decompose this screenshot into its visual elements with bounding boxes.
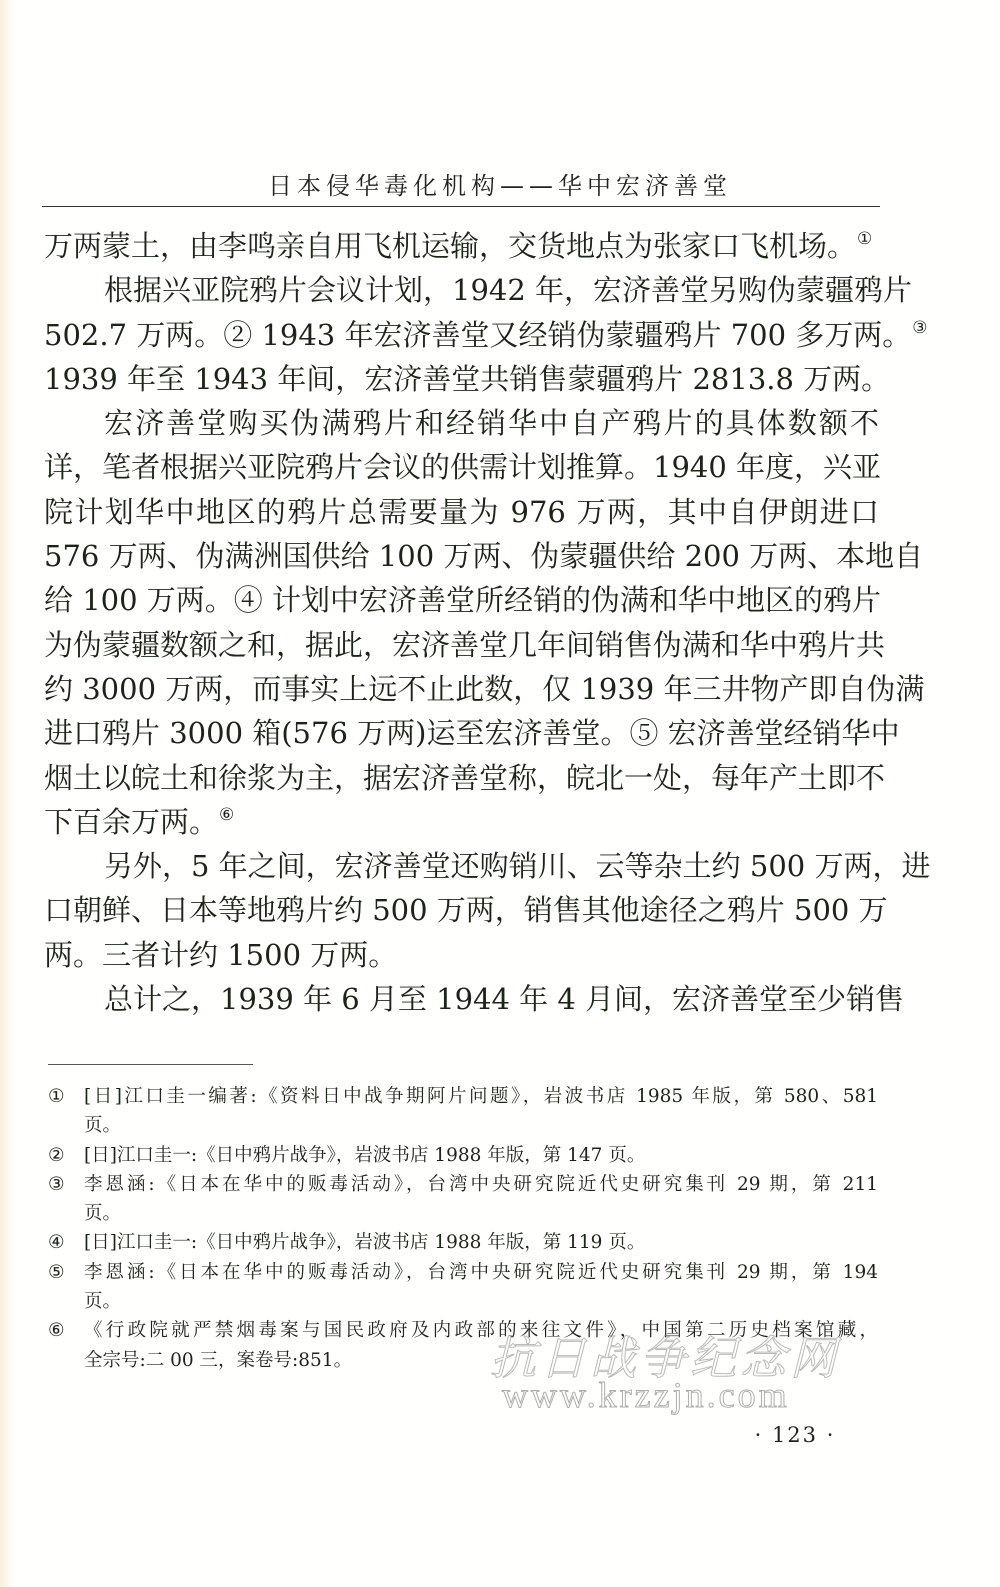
footnote-item: ⑤李恩涵:《日本在华中的贩毒活动》，台湾中央研究院近代史研究集刊 29 期，第 … (48, 1258, 878, 1317)
body-line-text: 根据兴亚院鸦片会议计划，1942 年，宏济善堂另购伪蒙疆鸦片 (104, 273, 912, 307)
body-line-text: 宏济善堂购买伪满鸦片和经销华中自产鸦片的具体数额不 (104, 406, 879, 440)
body-line: 宏济善堂购买伪满鸦片和经销华中自产鸦片的具体数额不 (44, 401, 879, 445)
footnote-mark: ③ (48, 1170, 84, 1229)
body-line: 进口鸦片 3000 箱(576 万两)运至宏济善堂。⑤ 宏济善堂经销华中 (44, 711, 879, 755)
footnote-mark: ⑤ (48, 1258, 84, 1317)
body-line: 根据兴亚院鸦片会议计划，1942 年，宏济善堂另购伪蒙疆鸦片 (44, 268, 879, 312)
footnote-item: ⑥《行政院就严禁烟毒案与国民政府及内政部的来往文件》，中国第二历史档案馆藏，全宗… (48, 1316, 878, 1375)
body-line-text: 502.7 万两。② 1943 年宏济善堂又经销伪蒙疆鸦片 700 多万两。 (44, 318, 911, 352)
footnotes: ①[日]江口圭一编著:《资料日中战争期阿片问题》，岩波书店 1985 年版，第 … (48, 1082, 878, 1375)
body-line: 万两蒙土，由李鸣亲自用飞机运输，交货地点为张家口飞机场。① (44, 224, 879, 268)
body-line-text: 另外，5 年之间，宏济善堂还购销川、云等杂土约 500 万两，进 (104, 849, 930, 883)
body-line: 下百余万两。⑥ (44, 800, 879, 844)
page-number: · 123 · (735, 1423, 855, 1447)
footnote-line: 页。 (84, 1111, 878, 1140)
body-line-text: 烟土以皖土和徐浆为主，据宏济善堂称，皖北一处，每年产土即不 (44, 761, 885, 795)
body-line: 502.7 万两。② 1943 年宏济善堂又经销伪蒙疆鸦片 700 多万两。③ (44, 313, 879, 357)
body-line: 详，笔者根据兴亚院鸦片会议的供需计划推算。1940 年度，兴亚 (44, 445, 879, 489)
footnote-line: [日]江口圭一:《日中鸦片战争》，岩波书店 1988 年版，第 119 页。 (84, 1228, 878, 1257)
body-text: 万两蒙土，由李鸣亲自用飞机运输，交货地点为张家口飞机场。①根据兴亚院鸦片会议计划… (44, 224, 879, 1021)
footnote-line: 李恩涵:《日本在华中的贩毒活动》，台湾中央研究院近代史研究集刊 29 期，第 2… (84, 1170, 878, 1199)
footnote-line: 全宗号:二 00 三，案卷号:851。 (84, 1346, 878, 1375)
watermark-url: www.krzzjn.com (502, 1374, 790, 1416)
body-line-text: 进口鸦片 3000 箱(576 万两)运至宏济善堂。⑤ 宏济善堂经销华中 (44, 716, 900, 750)
body-line: 烟土以皖土和徐浆为主，据宏济善堂称，皖北一处，每年产土即不 (44, 756, 879, 800)
footnote-item: ④[日]江口圭一:《日中鸦片战争》，岩波书店 1988 年版，第 119 页。 (48, 1228, 878, 1257)
body-line: 口朝鲜、日本等地鸦片约 500 万两，销售其他途径之鸦片 500 万 (44, 888, 879, 932)
footnote-mark: ④ (48, 1228, 84, 1257)
body-line-text: 万两蒙土，由李鸣亲自用飞机运输，交货地点为张家口飞机场。 (44, 229, 856, 263)
body-line-text: 两。三者计约 1500 万两。 (44, 938, 397, 972)
body-line: 1939 年至 1943 年间，宏济善堂共销售蒙疆鸦片 2813.8 万两。 (44, 357, 879, 401)
footnote-item: ②[日]江口圭一:《日中鸦片战争》，岩波书店 1988 年版，第 147 页。 (48, 1141, 878, 1170)
header-rule (42, 206, 880, 207)
body-line-text: 总计之，1939 年 6 月至 1944 年 4 月间，宏济善堂至少销售 (104, 982, 904, 1016)
body-line-text: 下百余万两。 (44, 805, 218, 839)
body-line-text: 约 3000 万两，而事实上远不止此数，仅 1939 年三井物产即自伪满 (44, 672, 924, 706)
footnote-line: 页。 (84, 1287, 878, 1316)
footnote-ref[interactable]: ⑥ (219, 805, 234, 825)
body-line: 总计之，1939 年 6 月至 1944 年 4 月间，宏济善堂至少销售 (44, 977, 879, 1021)
body-line-text: 1939 年至 1943 年间，宏济善堂共销售蒙疆鸦片 2813.8 万两。 (44, 362, 890, 396)
body-line: 为伪蒙疆数额之和，据此，宏济善堂几年间销售伪满和华中鸦片共 (44, 623, 879, 667)
body-line-text: 为伪蒙疆数额之和，据此，宏济善堂几年间销售伪满和华中鸦片共 (44, 628, 885, 662)
footnote-rule (48, 1064, 253, 1065)
body-line-text: 详，笔者根据兴亚院鸦片会议的供需计划推算。1940 年度，兴亚 (44, 450, 881, 484)
footnote-line: [日]江口圭一:《日中鸦片战争》，岩波书店 1988 年版，第 147 页。 (84, 1141, 878, 1170)
footnote-ref[interactable]: ① (857, 229, 872, 249)
footnote-item: ③李恩涵:《日本在华中的贩毒活动》，台湾中央研究院近代史研究集刊 29 期，第 … (48, 1170, 878, 1229)
body-line-text: 给 100 万两。④ 计划中宏济善堂所经销的伪满和华中地区的鸦片 (44, 583, 881, 617)
body-line: 院计划华中地区的鸦片总需要量为 976 万两，其中自伊朗进口 (44, 490, 879, 534)
body-line-text: 576 万两、伪满洲国供给 100 万两、伪蒙疆供给 200 万两、本地自 (44, 539, 923, 573)
footnote-item: ①[日]江口圭一编著:《资料日中战争期阿片问题》，岩波书店 1985 年版，第 … (48, 1082, 878, 1141)
body-line-text: 口朝鲜、日本等地鸦片约 500 万两，销售其他途径之鸦片 500 万 (44, 893, 888, 927)
body-line: 给 100 万两。④ 计划中宏济善堂所经销的伪满和华中地区的鸦片 (44, 578, 879, 622)
footnote-line: [日]江口圭一编著:《资料日中战争期阿片问题》，岩波书店 1985 年版，第 5… (84, 1082, 878, 1111)
footnote-mark: ⑥ (48, 1316, 84, 1375)
body-line: 两。三者计约 1500 万两。 (44, 933, 879, 977)
page-edge-shadow (0, 0, 14, 1587)
body-line: 另外，5 年之间，宏济善堂还购销川、云等杂土约 500 万两，进 (44, 844, 879, 888)
footnote-mark: ① (48, 1082, 84, 1141)
footnote-ref[interactable]: ③ (912, 318, 927, 338)
running-head: 日本侵华毒化机构——华中宏济善堂 (0, 166, 1000, 201)
body-line-text: 院计划华中地区的鸦片总需要量为 976 万两，其中自伊朗进口 (44, 495, 879, 529)
footnote-line: 页。 (84, 1199, 878, 1228)
body-line: 576 万两、伪满洲国供给 100 万两、伪蒙疆供给 200 万两、本地自 (44, 534, 879, 578)
footnote-mark: ② (48, 1141, 84, 1170)
body-line: 约 3000 万两，而事实上远不止此数，仅 1939 年三井物产即自伪满 (44, 667, 879, 711)
footnote-line: 李恩涵:《日本在华中的贩毒活动》，台湾中央研究院近代史研究集刊 29 期，第 1… (84, 1258, 878, 1287)
footnote-line: 《行政院就严禁烟毒案与国民政府及内政部的来往文件》，中国第二历史档案馆藏， (84, 1316, 878, 1345)
